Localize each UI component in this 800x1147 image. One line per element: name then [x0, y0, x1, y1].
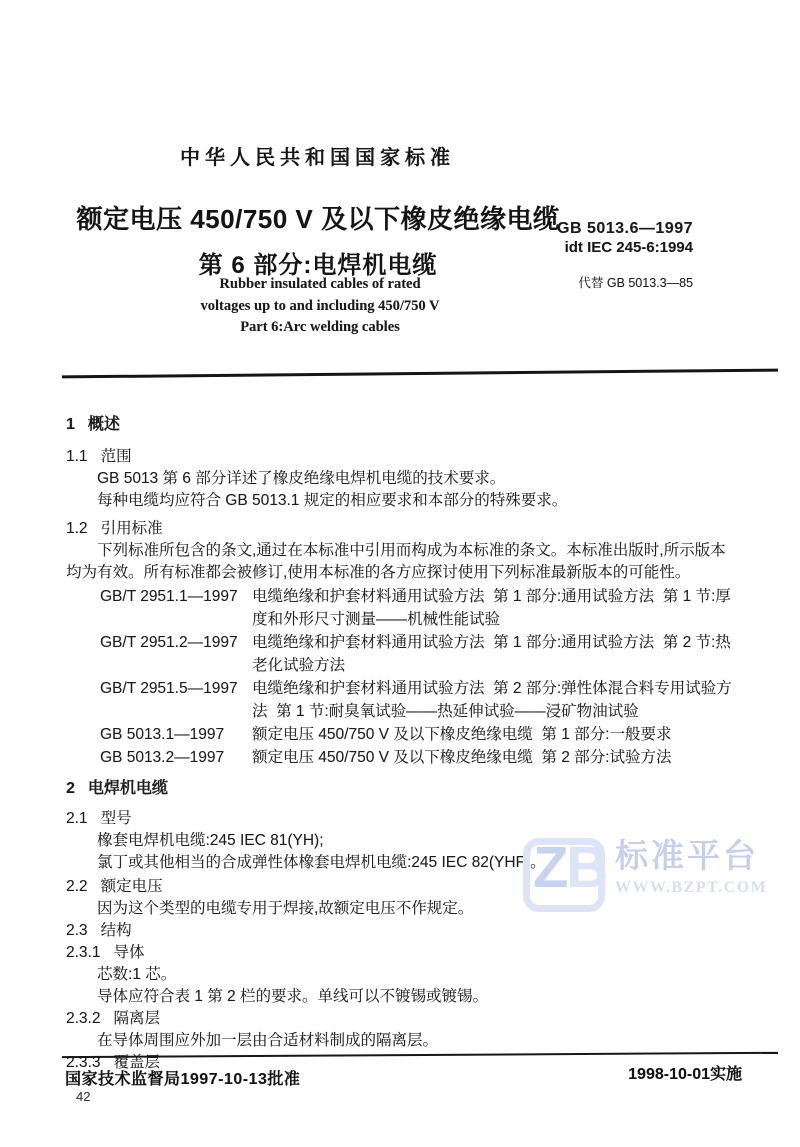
- section-title: 电焊机电缆: [88, 778, 168, 800]
- logo-letter-z: Z: [533, 837, 568, 899]
- section-2-1-heading: 2.1型号: [66, 808, 738, 830]
- watermark-url: WWW.BZPT.COM: [615, 879, 767, 897]
- standard-code-block: GB 5013.6—1997 idt IEC 245-6:1994 代替 GB …: [545, 220, 693, 291]
- reference-desc: 电缆绝缘和护套材料通用试验方法 第 1 部分:通用试验方法 第 1 节:厚度和外…: [252, 585, 738, 631]
- reference-code: GB/T 2951.1—1997: [100, 585, 252, 631]
- reference-item: GB/T 2951.5—1997 电缆绝缘和护套材料通用试验方法 第 2 部分:…: [66, 677, 738, 723]
- paragraph: 芯数:1 芯。: [66, 964, 738, 986]
- title-en-line2: voltages up to and including 450/750 V: [90, 296, 550, 318]
- watermark-text-block: 标准平台 WWW.BZPT.COM: [615, 838, 767, 897]
- reference-list: GB/T 2951.1—1997 电缆绝缘和护套材料通用试验方法 第 1 部分:…: [66, 585, 738, 769]
- section-number: 2.1: [66, 808, 88, 830]
- section-2-heading: 2电焊机电缆: [66, 778, 738, 800]
- title-block-en: Rubber insulated cables of rated voltage…: [90, 274, 550, 339]
- section-1-2-heading: 1.2引用标准: [66, 518, 738, 540]
- reference-item: GB/T 2951.1—1997 电缆绝缘和护套材料通用试验方法 第 1 部分:…: [66, 585, 738, 631]
- section-number: 2.3.1: [66, 942, 100, 964]
- section-title: 型号: [101, 808, 132, 830]
- section-2-3-1-heading: 2.3.1导体: [66, 942, 738, 964]
- idt-reference: idt IEC 245-6:1994: [545, 239, 693, 256]
- logo-letter-b: B: [566, 837, 608, 899]
- title-en-line3: Part 6:Arc welding cables: [90, 317, 550, 339]
- section-number: 2.3: [66, 920, 88, 942]
- title-en-line1: Rubber insulated cables of rated: [90, 274, 550, 296]
- reference-item: GB 5013.2—1997 额定电压 450/750 V 及以下橡皮绝缘电缆 …: [66, 746, 738, 769]
- reference-code: GB 5013.2—1997: [100, 746, 252, 769]
- section-number: 2: [66, 778, 75, 800]
- page-number: 42: [76, 1089, 90, 1104]
- reference-desc: 电缆绝缘和护套材料通用试验方法 第 1 部分:通用试验方法 第 2 节:热老化试…: [252, 631, 738, 677]
- section-2-3-2-heading: 2.3.2隔离层: [66, 1008, 738, 1030]
- section-title: 结构: [101, 920, 132, 942]
- replaces-note: 代替 GB 5013.3—85: [545, 273, 693, 291]
- section-1-1-heading: 1.1范围: [66, 446, 738, 468]
- paragraph: GB 5013 第 6 部分详述了橡皮绝缘电焊机电缆的技术要求。: [66, 468, 738, 490]
- bzpt-logo-icon: Z B: [523, 838, 605, 912]
- title-cn-line1: 额定电压 450/750 V 及以下橡皮绝缘电缆: [58, 199, 578, 236]
- watermark-name: 标准平台: [615, 838, 767, 874]
- reference-desc: 电缆绝缘和护套材料通用试验方法 第 2 部分:弹性体混合料专用试验方法 第 1 …: [252, 677, 738, 723]
- paragraph: 每种电缆均应符合 GB 5013.1 规定的相应要求和本部分的特殊要求。: [66, 490, 738, 512]
- reference-code: GB/T 2951.5—1997: [100, 677, 252, 723]
- section-1-heading: 1概述: [66, 414, 738, 436]
- watermark: Z B 标准平台 WWW.BZPT.COM: [523, 838, 767, 912]
- implementation-date: 1998-10-01实施: [628, 1061, 742, 1084]
- document-body: 1概述 1.1范围 GB 5013 第 6 部分详述了橡皮绝缘电焊机电缆的技术要…: [66, 414, 738, 1074]
- section-title: 额定电压: [101, 876, 163, 898]
- section-number: 1.2: [66, 518, 88, 540]
- approval-note: 国家技术监督局1997-10-13批准: [65, 1066, 300, 1089]
- section-title: 引用标准: [101, 518, 163, 540]
- paragraph: 下列标准所包含的条文,通过在本标准中引用而构成为本标准的条文。本标准出版时,所示…: [66, 540, 738, 584]
- header-rule: [62, 369, 778, 379]
- reference-code: GB 5013.1—1997: [100, 723, 252, 746]
- doc-type-heading: 中华人民共和国国家标准: [180, 141, 455, 170]
- section-number: 2.2: [66, 876, 88, 898]
- section-number: 1: [66, 414, 75, 436]
- section-title: 导体: [113, 942, 144, 964]
- scanned-standard-page: 中华人民共和国国家标准 额定电压 450/750 V 及以下橡皮绝缘电缆 第 6…: [0, 0, 800, 1147]
- reference-item: GB 5013.1—1997 额定电压 450/750 V 及以下橡皮绝缘电缆 …: [66, 723, 738, 746]
- section-number: 2.3.2: [66, 1008, 100, 1030]
- reference-desc: 额定电压 450/750 V 及以下橡皮绝缘电缆 第 2 部分:试验方法: [252, 746, 738, 769]
- reference-desc: 额定电压 450/750 V 及以下橡皮绝缘电缆 第 1 部分:一般要求: [252, 723, 738, 746]
- reference-item: GB/T 2951.2—1997 电缆绝缘和护套材料通用试验方法 第 1 部分:…: [66, 631, 738, 677]
- standard-number: GB 5013.6—1997: [545, 220, 693, 238]
- section-title: 范围: [101, 446, 132, 468]
- section-title: 概述: [88, 414, 120, 436]
- section-title: 隔离层: [113, 1008, 160, 1030]
- section-2-3-heading: 2.3结构: [66, 920, 738, 942]
- reference-code: GB/T 2951.2—1997: [100, 631, 252, 677]
- paragraph: 在导体周围应外加一层由合适材料制成的隔离层。: [66, 1030, 738, 1052]
- section-number: 1.1: [66, 446, 88, 468]
- title-block-cn: 额定电压 450/750 V 及以下橡皮绝缘电缆 第 6 部分:电焊机电缆: [58, 199, 578, 280]
- paragraph: 导体应符合表 1 第 2 栏的要求。单线可以不镀锡或镀锡。: [66, 986, 738, 1008]
